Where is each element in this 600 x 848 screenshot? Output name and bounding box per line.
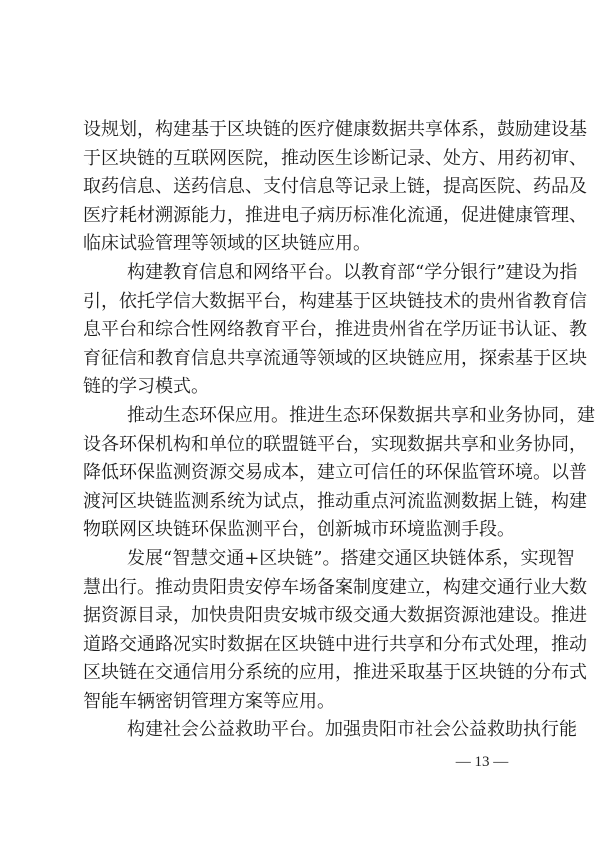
- text-line: 据资源目录，加快贵阳贵安城市级交通大数据资源池建设。推进: [83, 602, 519, 631]
- text-line: 物联网区块链环保监测平台，创新城市环境监测手段。: [83, 516, 523, 545]
- text-line: 设规划，构建基于区块链的医疗健康数据共享体系，鼓励建设基: [83, 116, 519, 145]
- text-line: 渡河区块链监测系统为试点，推动重点河流监测数据上链，构建: [83, 488, 519, 517]
- paragraph-healthcare-continued: 设规划，构建基于区块链的医疗健康数据共享体系，鼓励建设基 于区块链的互联网医院，…: [83, 116, 523, 259]
- text-line: 构建教育信息和网络平台。以教育部“学分银行”建设为指: [83, 259, 519, 288]
- page-number: — 13 —: [450, 754, 514, 771]
- text-line: 育征信和教育信息共享流通等领域的区块链应用，探索基于区块: [83, 345, 519, 374]
- paragraph-public-welfare: 构建社会公益救助平台。加强贵阳市社会公益救助执行能: [83, 716, 523, 745]
- body-text: 设规划，构建基于区块链的医疗健康数据共享体系，鼓励建设基 于区块链的互联网医院，…: [83, 116, 523, 745]
- paragraph-transport: 发展“智慧交通+区块链”。搭建交通区块链体系，实现智 慧出行。推动贵阳贵安停车场…: [83, 545, 523, 717]
- text-line: 息平台和综合性网络教育平台，推进贵州省在学历证书认证、教: [83, 316, 519, 345]
- text-line: 构建社会公益救助平台。加强贵阳市社会公益救助执行能: [83, 716, 519, 745]
- text-line: 设各环保机构和单位的联盟链平台，实现数据共享和业务协同，: [83, 431, 519, 460]
- text-line: 发展“智慧交通+区块链”。搭建交通区块链体系，实现智: [83, 545, 519, 574]
- text-line: 降低环保监测资源交易成本，建立可信任的环保监管环境。以普: [83, 459, 519, 488]
- text-line: 链的学习模式。: [83, 373, 523, 402]
- text-line: 于区块链的互联网医院，推动医生诊断记录、处方、用药初审、: [83, 145, 519, 174]
- text-line: 道路交通路况实时数据在区块链中进行共享和分布式处理，推动: [83, 631, 519, 660]
- text-line: 推动生态环保应用。推进生态环保数据共享和业务协同，建: [83, 402, 519, 431]
- paragraph-education: 构建教育信息和网络平台。以教育部“学分银行”建设为指 引，依托学信大数据平台，构…: [83, 259, 523, 402]
- document-page: 设规划，构建基于区块链的医疗健康数据共享体系，鼓励建设基 于区块链的互联网医院，…: [0, 0, 600, 848]
- text-line: 取药信息、送药信息、支付信息等记录上链，提高医院、药品及: [83, 173, 519, 202]
- text-line: 慧出行。推动贵阳贵安停车场备案制度建立，构建交通行业大数: [83, 574, 519, 603]
- text-line: 医疗耗材溯源能力，推进电子病历标准化流通，促进健康管理、: [83, 202, 519, 231]
- text-line: 区块链在交通信用分系统的应用，推进采取基于区块链的分布式: [83, 659, 519, 688]
- text-line: 引，依托学信大数据平台，构建基于区块链技术的贵州省教育信: [83, 288, 519, 317]
- paragraph-environment: 推动生态环保应用。推进生态环保数据共享和业务协同，建 设各环保机构和单位的联盟链…: [83, 402, 523, 545]
- text-line: 临床试验管理等领域的区块链应用。: [83, 230, 523, 259]
- text-line: 智能车辆密钥管理方案等应用。: [83, 688, 523, 717]
